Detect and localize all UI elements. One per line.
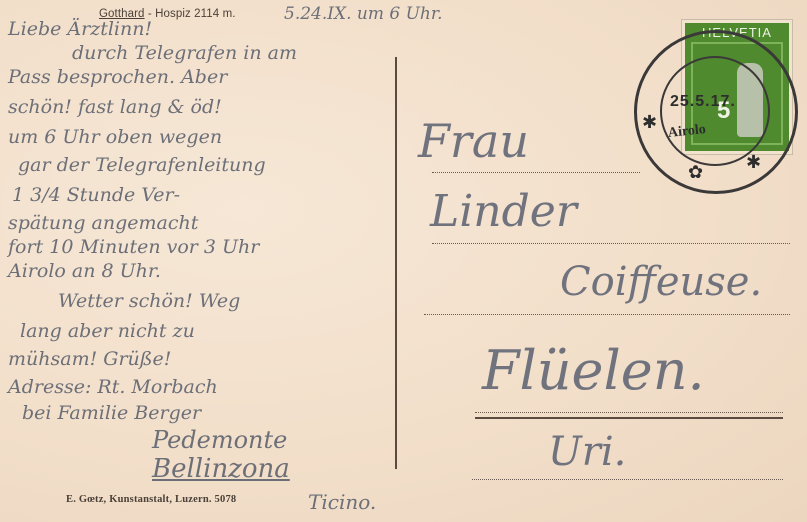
postmark-inner-ring xyxy=(660,56,770,166)
header-rest: Hospiz 2114 m. xyxy=(155,8,235,20)
message-line: Liebe Ärztlinn! xyxy=(8,20,152,39)
address-line: Frau xyxy=(418,118,529,164)
message-line: Bellinzona xyxy=(152,456,290,482)
message-line: Wetter schön! Weg xyxy=(58,292,240,311)
message-line: fort 10 Minuten vor 3 Uhr xyxy=(8,238,259,257)
message-line: Airolo an 8 Uhr. xyxy=(8,262,161,281)
postmark-star-icon: ✱ xyxy=(746,152,761,173)
address-line: Linder xyxy=(430,190,577,234)
address-rule-solid xyxy=(475,417,783,419)
postmark-date: 25.5.17. xyxy=(670,93,736,111)
address-rule xyxy=(424,314,790,315)
message-line: Pedemonte xyxy=(152,428,287,452)
message-line: Adresse: Rt. Morbach xyxy=(8,378,218,397)
message-line: lang aber nicht zu xyxy=(20,322,195,341)
message-line: bei Familie Berger xyxy=(22,404,201,423)
address-rule xyxy=(472,479,783,480)
message-line: gar der Telegrafenleitung xyxy=(18,156,266,175)
postmark-star-icon: ✿ xyxy=(688,162,703,183)
message-line: um 6 Uhr oben wegen xyxy=(8,128,222,147)
address-line: Coiffeuse. xyxy=(560,262,762,302)
address-rule xyxy=(475,412,783,413)
message-line: schön! fast lang & öd! xyxy=(8,98,222,117)
message-date-note: 5.24.IX. um 6 Uhr. xyxy=(284,6,443,23)
address-rule xyxy=(432,172,640,173)
address-line: Flüelen. xyxy=(482,344,705,398)
message-line: 1 3/4 Stunde Ver- xyxy=(12,186,180,205)
publisher-imprint: E. Gœtz, Kunstanstalt, Luzern. 5078 xyxy=(66,494,236,505)
center-divider xyxy=(395,57,397,469)
message-line: spätung angemacht xyxy=(8,214,198,233)
postcard-back: Gotthard - Hospiz 2114 m. 5.24.IX. um 6 … xyxy=(0,0,807,522)
address-line: Uri. xyxy=(548,432,626,472)
message-line: mühsam! Grüße! xyxy=(8,350,171,369)
message-line: Pass besprochen. Aber xyxy=(8,68,227,87)
message-line: Ticino. xyxy=(308,492,376,512)
address-rule xyxy=(432,243,790,244)
message-line: durch Telegrafen in am xyxy=(72,44,297,63)
postmark-star-icon: ✱ xyxy=(642,112,657,133)
